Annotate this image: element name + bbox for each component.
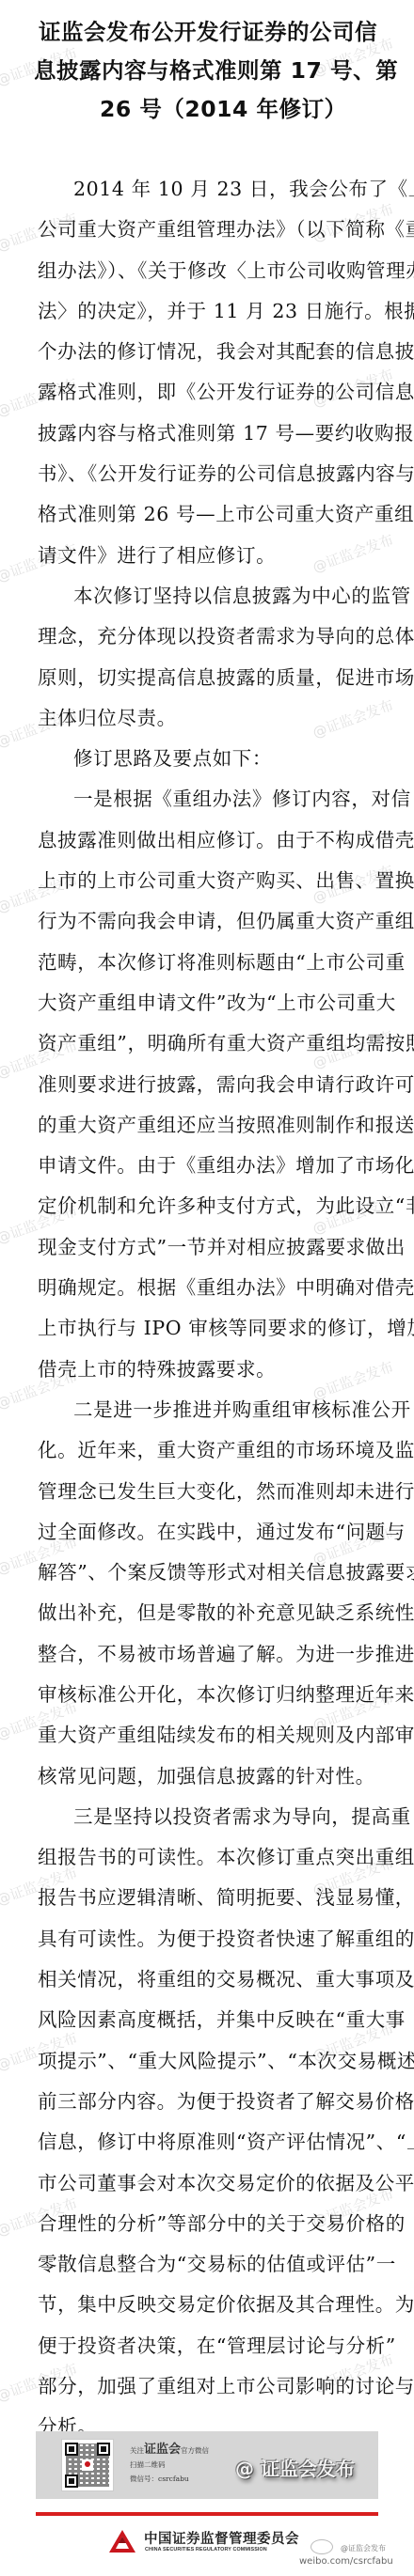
paragraph-line: 核常见问题，加强信息披露的针对性。: [38, 1756, 380, 1797]
paragraph-line: 范畴，本次修订将准则标题由“上市公司重: [38, 943, 380, 983]
paragraph-line: 一是根据《重组办法》修订内容，对信: [38, 779, 380, 820]
paragraph-line: 2014 年 10 月 23 日，我会公布了《上市: [38, 169, 380, 210]
paragraph-line: 市公司董事会对本次交易定价的依据及公平: [38, 2163, 380, 2204]
paragraph-line: 相关情况，将重组的交易概况、重大事项及: [38, 1959, 380, 2000]
paragraph-line: 过全面修改。在实践中，通过发布“问题与: [38, 1512, 380, 1553]
paragraph: 本次修订坚持以信息披露为中心的监管理念，充分体现以投资者需求为导向的总体原则，切…: [38, 576, 380, 739]
paragraph-line: 借壳上市的特殊披露要求。: [38, 1350, 380, 1390]
paragraph-line: 请文件》进行了相应修订。: [38, 536, 380, 576]
paragraph-line: 风险因素高度概括，并集中反映在“重大事: [38, 2000, 380, 2040]
paragraph-line: 理念，充分体现以投资者需求为导向的总体: [38, 617, 380, 657]
csrc-logo-icon: [82, 2459, 93, 2471]
paragraph-line: 组办法》）、《关于修改〈上市公司收购管理办: [38, 251, 380, 291]
paragraph-line: 合理性的分析”等部分中的关于交易价格的: [38, 2204, 380, 2244]
paragraph-line: 主体归位尽责。: [38, 698, 380, 739]
paragraph-line: 重大资产重组陆续发布的相关规则及内部审: [38, 1715, 380, 1756]
paragraph-line: 申请文件。由于《重组办法》增加了市场化: [38, 1146, 380, 1186]
paragraph-line: 整合，不易被市场普遍了解。为进一步推进: [38, 1634, 380, 1675]
article-body: 2014 年 10 月 23 日，我会公布了《上市公司重大资产重组管理办法》（以…: [38, 169, 380, 2448]
paragraph-line: 二是进一步推进并购重组审核标准公开: [38, 1390, 380, 1430]
paragraph-line: 格式准则第 26 号—上市公司重大资产重组申: [38, 494, 380, 535]
paragraph-line: 本次修订坚持以信息披露为中心的监管: [38, 576, 380, 617]
title-line: 证监会发布公开发行证券的公司信: [34, 13, 382, 52]
paragraph: 一是根据《重组办法》修订内容，对信息披露准则做出相应修订。由于不构成借壳上市的上…: [38, 779, 380, 1389]
paragraph-line: 披露内容与格式准则第 17 号—要约收购报告: [38, 414, 380, 454]
wechat-follow-text: 关注证监会官方微信 扫描二维码 微信号：csrcfabu: [130, 2443, 209, 2486]
paragraph-line: 原则，切实提高信息披露的质量，促进市场: [38, 658, 380, 698]
paragraph: 2014 年 10 月 23 日，我会公布了《上市公司重大资产重组管理办法》（以…: [38, 169, 380, 576]
paragraph-line: 便于投资者决策，在“管理层讨论与分析”: [38, 2326, 380, 2366]
paragraph-line: 行为不需向我会申请，但仍属重大资产重组: [38, 901, 380, 942]
paragraph-line: 法〉的决定》，并于 11 月 23 日施行。根据两: [38, 291, 380, 332]
paragraph-line: 公司重大资产重组管理办法》（以下简称《重: [38, 210, 380, 250]
qr-code-icon[interactable]: [61, 2439, 114, 2491]
paragraph-line: 零散信息整合为“交易标的估值或评估”一: [38, 2244, 380, 2285]
paragraph-line: 上市的上市公司重大资产购买、出售、置换: [38, 861, 380, 901]
paragraph-line: 部分，加强了重组对上市公司影响的讨论与: [38, 2366, 380, 2407]
wechat-follow-banner: 关注证监会官方微信 扫描二维码 微信号：csrcfabu @ 证监会发布: [36, 2431, 378, 2499]
paragraph-line: 的重大资产重组还应当按照准则制作和报送: [38, 1105, 380, 1146]
paragraph: 三是坚持以投资者需求为导向，提高重组报告书的可读性。本次修订重点突出重组报告书应…: [38, 1797, 380, 2448]
paragraph-line: 信息，修订中将原准则“资产评估情况”、“上: [38, 2122, 380, 2162]
paragraph-line: 书》、《公开发行证券的公司信息披露内容与: [38, 454, 380, 494]
weibo-brand-logo: @ 证监会发布: [235, 2454, 355, 2481]
wechat-id: 微信号：csrcfabu: [130, 2472, 209, 2486]
paragraph-line: 息披露准则做出相应修订。由于不构成借壳: [38, 820, 380, 861]
paragraph-line: 组报告书的可读性。本次修订重点突出重组: [38, 1837, 380, 1878]
paragraph-line: 解答”、个案反馈等形式对相关信息披露要求: [38, 1553, 380, 1593]
paragraph-line: 露格式准则，即《公开发行证券的公司信息: [38, 372, 380, 413]
article-page: @证监会发布@证监会发布@证监会发布@证监会发布@证监会发布@证监会发布@证监会…: [0, 0, 414, 2576]
paragraph-line: 节，集中反映交易定价依据及其合理性。为: [38, 2285, 380, 2325]
paragraph-line: 化。近年来，重大资产重组的市场环境及监: [38, 1430, 380, 1471]
paragraph: 二是进一步推进并购重组审核标准公开化。近年来，重大资产重组的市场环境及监管理念已…: [38, 1390, 380, 1797]
paragraph-line: 管理念已发生巨大变化，然而准则却未进行: [38, 1472, 380, 1512]
title-line: 息披露内容与格式准则第 17 号、第: [34, 52, 382, 90]
paragraph-line: 定价机制和允许多种支付方式，为此设立“非: [38, 1186, 380, 1226]
paragraph-line: 大资产重组申请文件”改为“上市公司重大: [38, 983, 380, 1023]
paragraph-line: 审核标准公开化，本次修订归纳整理近年来: [38, 1675, 380, 1715]
weibo-icon: [310, 2539, 333, 2554]
paragraph-line: 资产重组”，明确所有重大资产重组均需按照: [38, 1023, 380, 1064]
paragraph-line: 项提示”、“重大风险提示”、“本次交易概述”: [38, 2041, 380, 2082]
paragraph-line: 现金支付方式”一节并对相应披露要求做出: [38, 1227, 380, 1268]
follow-prefix: 关注: [130, 2446, 144, 2455]
weibo-handle: @证监会发布: [341, 2543, 386, 2553]
follow-brand: 证监会: [144, 2443, 181, 2457]
paragraph-line: 上市执行与 IPO 审核等同要求的修订，增加: [38, 1308, 380, 1349]
paragraph-line: 准则要求进行披露，需向我会申请行政许可: [38, 1065, 380, 1105]
red-divider: [36, 2512, 378, 2516]
org-name-cn: 中国证券监督管理委员会: [144, 2528, 299, 2548]
follow-suffix: 官方微信: [181, 2446, 209, 2455]
paragraph: 修订思路及要点如下：: [38, 739, 380, 779]
paragraph-line: 明确规定。根据《重组办法》中明确对借壳: [38, 1268, 380, 1308]
paragraph-line: 报告书应逻辑清晰、简明扼要、浅显易懂，: [38, 1878, 380, 1918]
org-name-en: CHINA SECURITIES REGULATORY COMMISSION: [145, 2547, 267, 2553]
csrc-emblem-icon: [108, 2529, 136, 2553]
paragraph-line: 做出补充，但是零散的补充意见缺乏系统性: [38, 1593, 380, 1633]
title-line: 26 号（2014 年修订）: [34, 90, 382, 129]
paragraph-line: 三是坚持以投资者需求为导向，提高重: [38, 1797, 380, 1837]
paragraph-line: 前三部分内容。为便于投资者了解交易价格: [38, 2082, 380, 2122]
scan-label: 扫描二维码: [130, 2458, 209, 2472]
article-title: 证监会发布公开发行证券的公司信 息披露内容与格式准则第 17 号、第 26 号（…: [34, 13, 382, 129]
paragraph-line: 具有可读性。为便于投资者快速了解重组的: [38, 1919, 380, 1959]
paragraph-line: 个办法的修订情况，我会对其配套的信息披: [38, 332, 380, 372]
paragraph-line: 修订思路及要点如下：: [38, 739, 380, 779]
weibo-url[interactable]: weibo.com/csrcfabu: [299, 2556, 393, 2567]
